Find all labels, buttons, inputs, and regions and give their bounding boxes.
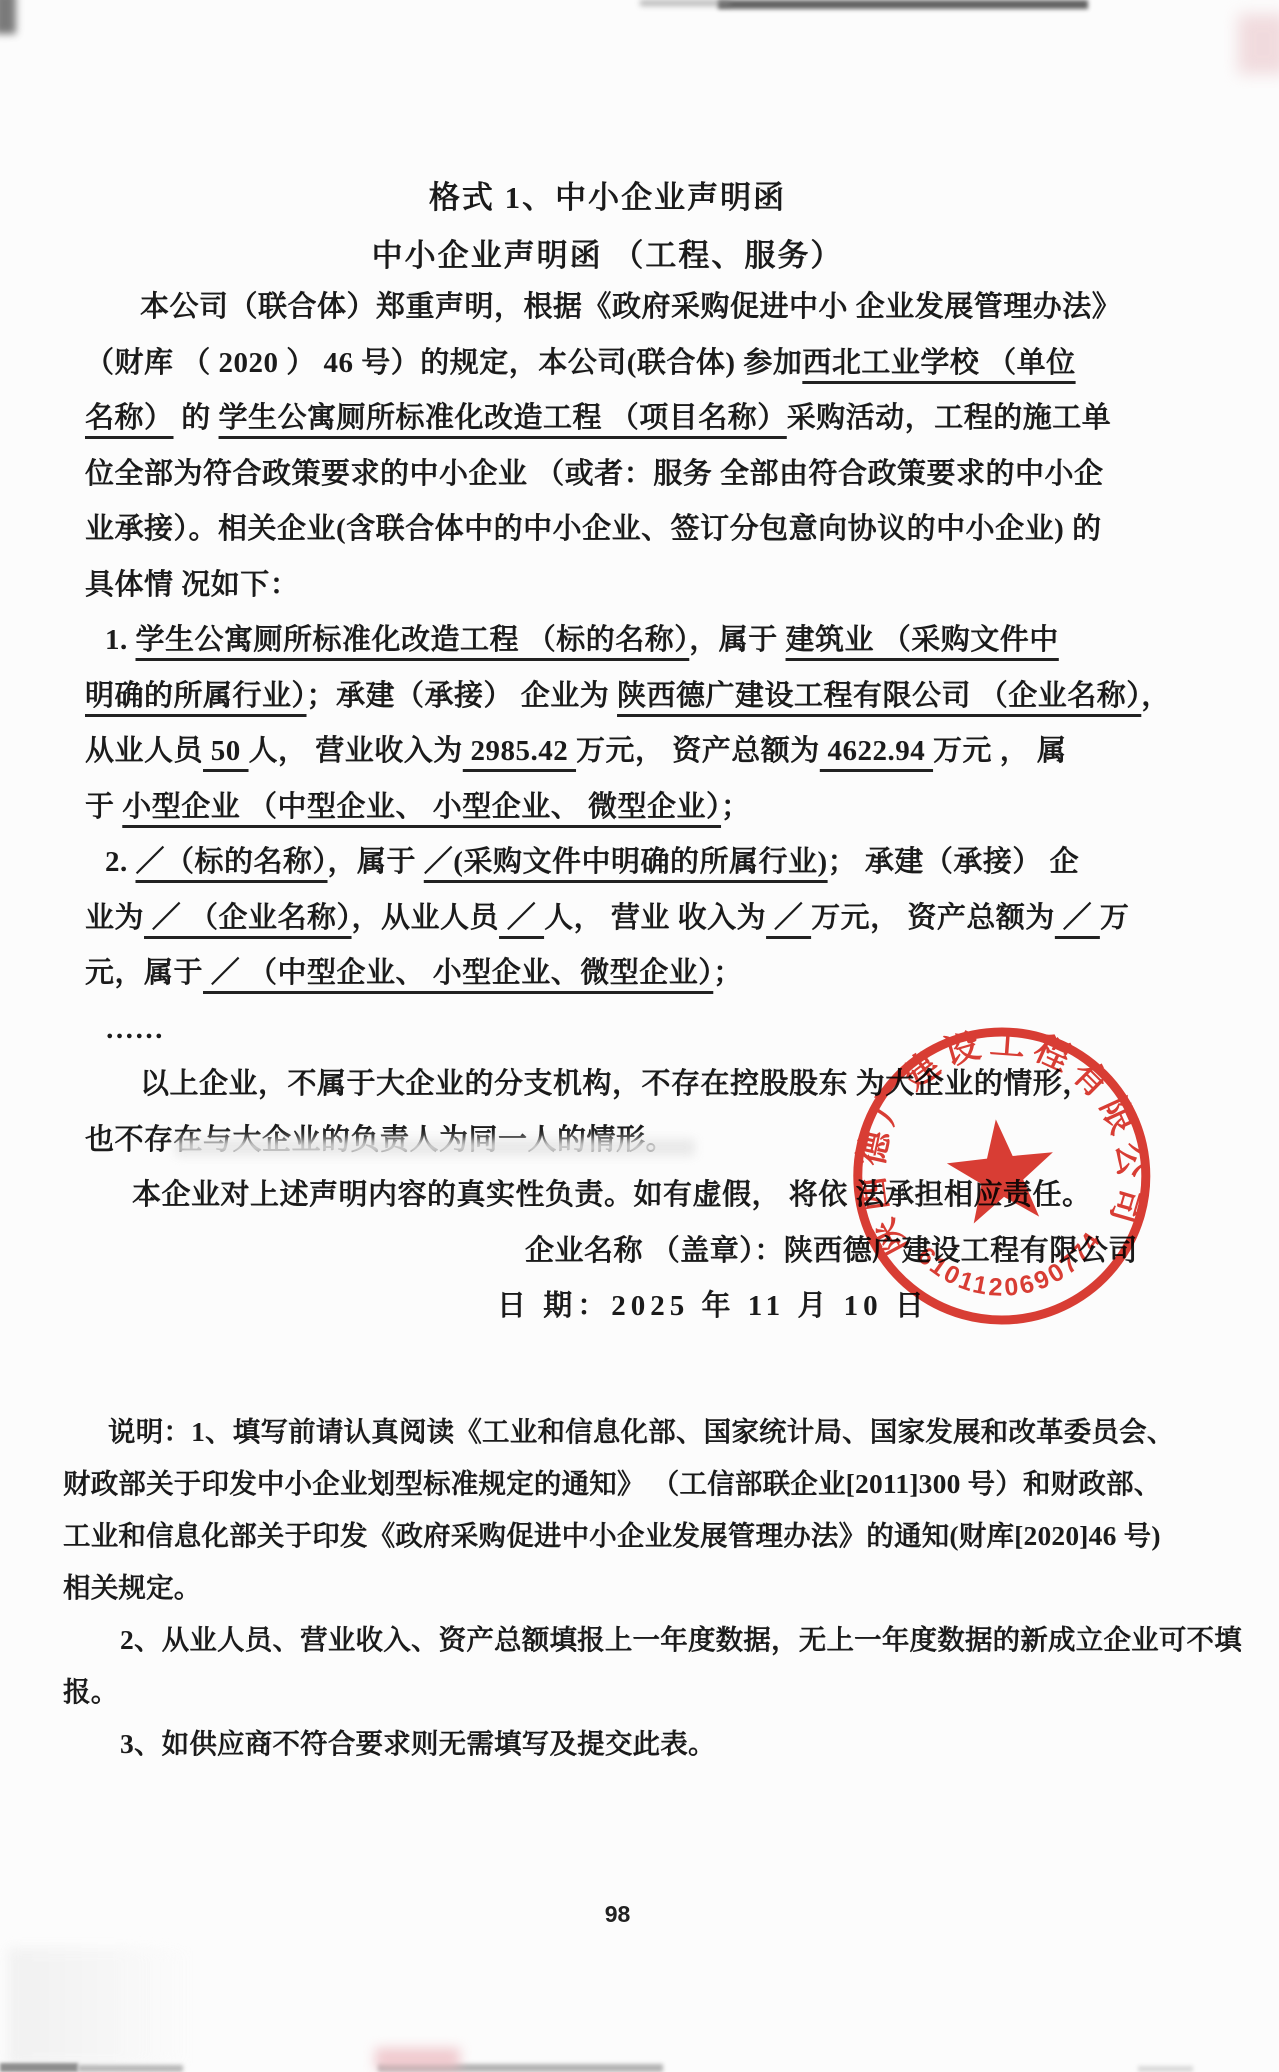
text-segment: ，从业人员 <box>352 902 500 934</box>
text-line: 明确的所属行业）；承建（承接） 企业为 陕西德广建设工程有限公司 （企业名称）， <box>85 669 1215 725</box>
text-line: 业承接）。相关企业(含联合体中的中小企业、签订分包意向协议的中小企业) 的 <box>85 502 1215 558</box>
blank-fill-underlined: 2985.42 <box>463 735 576 767</box>
text-segment: 报。 <box>63 1676 118 1707</box>
text-segment: 具体情 况如下： <box>85 569 299 601</box>
text-segment: 人， 营业收入为 <box>249 735 463 767</box>
text-segment: ， <box>1141 680 1171 712</box>
scan-artifact <box>378 2064 663 2072</box>
text-segment: …… <box>105 1013 164 1045</box>
text-line: 本公司（联合体）郑重声明，根据《政府采购促进中小 企业发展管理办法》 <box>85 280 1215 336</box>
text-segment: 工业和信息化部关于印发《政府采购促进中小企业发展管理办法》的通知(财库[2020… <box>63 1520 1161 1551</box>
text-line: 工业和信息化部关于印发《政府采购促进中小企业发展管理办法》的通知(财库[2020… <box>63 1510 1218 1562</box>
blank-fill-underlined: ／ （中型企业、 小型企业、微型企业） <box>203 957 713 989</box>
text-line: 1. 学生公寓厕所标准化改造工程 （标的名称），属于 建筑业 （采购文件中 <box>85 613 1215 669</box>
blank-fill-underlined: ／ <box>499 902 544 934</box>
text-segment: 从业人员 <box>85 735 203 767</box>
scan-artifact <box>0 0 16 34</box>
text-segment: 说明：1、填写前请认真阅读《工业和信息化部、国家统计局、国家发展和改革委员会、 <box>108 1416 1175 1447</box>
blank-fill-underlined: 学生公寓厕所标准化改造工程 （标的名称） <box>136 624 690 656</box>
text-line: 2、从业人员、营业收入、资产总额填报上一年度数据，无上一年度数据的新成立企业可不… <box>63 1614 1218 1666</box>
scan-artifact <box>0 2063 78 2072</box>
text-segment: 万元， 资产总额为 <box>811 902 1055 934</box>
text-line: 2. ／（标的名称），属于 ／(采购文件中明确的所属行业)； 承建（承接） 企 <box>85 835 1215 891</box>
text-segment: 业承接）。相关企业(含联合体中的中小企业、签订分包意向协议的中小企业) 的 <box>85 513 1102 545</box>
text-segment: ，属于 <box>689 624 785 656</box>
text-line: 名称） 的 学生公寓厕所标准化改造工程 （项目名称）采购活动，工程的施工单 <box>85 391 1215 447</box>
text-segment: 人， 营业 收入为 <box>544 902 766 934</box>
notes-section: 说明：1、填写前请认真阅读《工业和信息化部、国家统计局、国家发展和改革委员会、财… <box>63 1406 1218 1770</box>
text-segment: 业为 <box>85 902 144 934</box>
page-number: 98 <box>0 1901 1257 1928</box>
blank-fill-underlined: ／ <box>766 902 811 934</box>
page-title: 格式 1、中小企业声明函 <box>50 172 1165 217</box>
star-icon <box>943 1114 1060 1226</box>
scan-artifact <box>1238 14 1279 74</box>
text-segment: 本公司（联合体）郑重声明，根据《政府采购促进中小 企业发展管理办法》 <box>140 291 1121 323</box>
scan-artifact <box>8 1948 198 2066</box>
text-segment: 元，属于 <box>85 957 203 989</box>
text-segment: ； <box>713 957 743 989</box>
text-line: 说明：1、填写前请认真阅读《工业和信息化部、国家统计局、国家发展和改革委员会、 <box>63 1406 1218 1458</box>
blank-fill-underlined: ／(采购文件中明确的所属行业) <box>424 846 828 878</box>
text-line: 于 小型企业 （中型企业、 小型企业、 微型企业）； <box>85 780 1215 836</box>
text-segment: 1. <box>105 624 136 656</box>
text-line: 相关规定。 <box>63 1562 1218 1614</box>
text-line: 从业人员 50 人， 营业收入为 2985.42 万元， 资产总额为 4622.… <box>85 724 1215 780</box>
text-segment: 万 <box>1100 902 1130 934</box>
scan-artifact <box>718 0 1088 9</box>
scan-artifact <box>78 2065 183 2072</box>
text-segment: ；承建（承接） 企业为 <box>307 680 618 712</box>
text-segment: 的 <box>174 402 219 434</box>
scan-artifact <box>1138 2066 1193 2072</box>
text-line: 位全部为符合政策要求的中小企业 （或者：服务 全部由符合政策要求的中小企 <box>85 447 1215 503</box>
text-segment: 位全部为符合政策要求的中小企业 （或者：服务 全部由符合政策要求的中小企 <box>85 458 1104 490</box>
company-seal: 陕西德广建设工程有限公司 6101120690774 <box>832 1008 1173 1349</box>
scan-artifact <box>375 2048 460 2070</box>
text-segment: 采购活动，工程的施工单 <box>787 402 1112 434</box>
page-subtitle: 中小企业声明函 （工程、服务） <box>50 230 1165 275</box>
blank-fill-underlined: 西北工业学校 （单位 <box>802 347 1075 379</box>
text-segment: （财库 （ 2020 ） 46 号）的规定，本公司(联合体) 参加 <box>85 347 802 379</box>
blank-fill-underlined: 陕西德广建设工程有限公司 （企业名称） <box>617 680 1141 712</box>
blank-fill-underlined: 小型企业 （中型企业、 小型企业、 微型企业） <box>122 791 721 823</box>
blank-fill-underlined: 名称） <box>85 402 174 434</box>
text-segment: 财政部关于印发中小企业划型标准规定的通知》 （工信部联企业[2011]300 号… <box>63 1468 1162 1499</box>
text-segment: 3、如供应商不符合要求则无需填写及提交此表。 <box>120 1728 716 1759</box>
text-segment: 2. <box>105 846 136 878</box>
scan-artifact <box>640 0 730 6</box>
text-segment: ； 承建（承接） 企 <box>828 846 1080 878</box>
text-segment: ，属于 <box>328 846 424 878</box>
blank-fill-underlined: 50 <box>203 735 249 767</box>
blank-fill-underlined: ／（标的名称） <box>136 846 328 878</box>
text-line: （财库 （ 2020 ） 46 号）的规定，本公司(联合体) 参加西北工业学校 … <box>85 336 1215 392</box>
blank-fill-underlined: 建筑业 （采购文件中 <box>786 624 1059 656</box>
text-line: 财政部关于印发中小企业划型标准规定的通知》 （工信部联企业[2011]300 号… <box>63 1458 1218 1510</box>
blank-fill-underlined: 明确的所属行业） <box>85 680 307 712</box>
text-line: 业为 ／ （企业名称），从业人员 ／ 人， 营业 收入为 ／ 万元， 资产总额为… <box>85 891 1215 947</box>
text-segment: 2、从业人员、营业收入、资产总额填报上一年度数据，无上一年度数据的新成立企业可不… <box>120 1624 1242 1655</box>
document-page: 格式 1、中小企业声明函 中小企业声明函 （工程、服务） 本公司（联合体）郑重声… <box>0 0 1279 2072</box>
text-segment: 万元， 资产总额为 <box>576 735 820 767</box>
text-segment: 万元 ， 属 <box>933 735 1067 767</box>
text-line: 报。 <box>63 1666 1218 1718</box>
text-segment: 也不存在与大企业的负责人为同一人的情形。 <box>85 1124 675 1156</box>
blank-fill-underlined: ／ <box>1055 902 1100 934</box>
text-segment: 相关规定。 <box>63 1572 202 1603</box>
text-line: 具体情 况如下： <box>85 558 1215 614</box>
text-line: 3、如供应商不符合要求则无需填写及提交此表。 <box>63 1718 1218 1770</box>
blank-fill-underlined: ／ （企业名称） <box>144 902 352 934</box>
blank-fill-underlined: 学生公寓厕所标准化改造工程 （项目名称） <box>219 402 787 434</box>
text-segment: 于 <box>85 791 122 823</box>
blank-fill-underlined: 4622.94 <box>820 735 933 767</box>
text-segment: ； <box>721 791 751 823</box>
text-line: 元，属于 ／ （中型企业、 小型企业、微型企业）； <box>85 946 1215 1002</box>
